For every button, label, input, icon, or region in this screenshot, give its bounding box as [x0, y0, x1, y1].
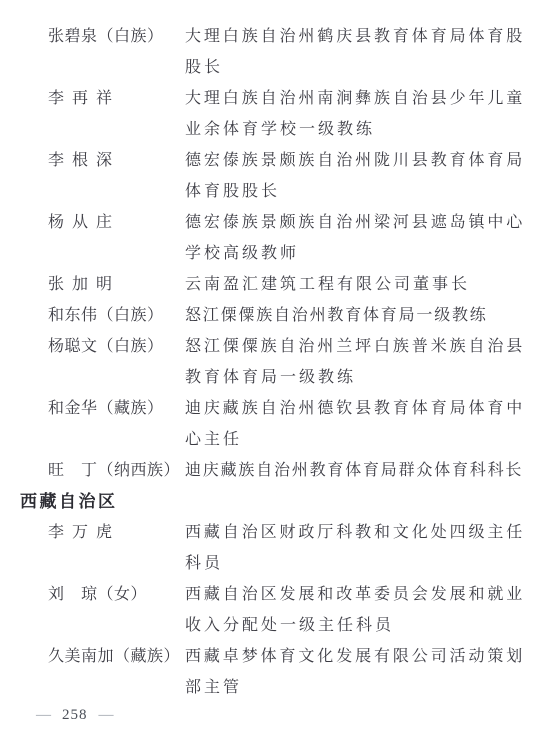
entry-name: 和金华（藏族） [48, 393, 185, 424]
description-line: 教育体育局一级教练 [185, 362, 537, 393]
description-line: 西藏自治区财政厅科教和文化处四级主任 [185, 517, 537, 548]
description-line: 怒江傈僳族自治州兰坪白族普米族自治县 [185, 331, 537, 362]
entry-name: 张碧泉（白族） [48, 21, 185, 52]
entry-description: 云南盈汇建筑工程有限公司董事长 [185, 269, 537, 300]
document-page: 张碧泉（白族） 大理白族自治州鹤庆县教育体育局体育股 股长 李再祥 大理白族自治… [0, 0, 546, 742]
description-line: 股长 [185, 52, 537, 83]
entry-name: 刘 琼（女） [48, 579, 185, 610]
section-header: 西藏自治区 [20, 486, 118, 517]
entry-description: 德宏傣族景颇族自治州陇川县教育体育局 体育股股长 [185, 145, 537, 207]
entry-description: 西藏自治区发展和改革委员会发展和就业 收入分配处一级主任科员 [185, 579, 537, 641]
description-line: 迪庆藏族自治州教育体育局群众体育科科长 [185, 455, 537, 486]
entry-name: 李再祥 [48, 83, 185, 114]
entry-row: 张加明 云南盈汇建筑工程有限公司董事长 [0, 269, 546, 300]
entry-name: 旺 丁（纳西族） [48, 455, 185, 486]
entry-row: 和金华（藏族） 迪庆藏族自治州德钦县教育体育局体育中 心主任 [0, 393, 546, 455]
description-line: 怒江傈僳族自治州教育体育局一级教练 [185, 300, 537, 331]
entry-description: 大理白族自治州鹤庆县教育体育局体育股 股长 [185, 21, 537, 83]
entry-description: 大理白族自治州南涧彝族自治县少年儿童 业余体育学校一级教练 [185, 83, 537, 145]
entry-description: 迪庆藏族自治州德钦县教育体育局体育中 心主任 [185, 393, 537, 455]
entry-row: 李根深 德宏傣族景颇族自治州陇川县教育体育局 体育股股长 [0, 145, 546, 207]
entry-name: 杨从庄 [48, 207, 185, 238]
description-line: 西藏卓梦体育文化发展有限公司活动策划 [185, 641, 537, 672]
description-line: 大理白族自治州南涧彝族自治县少年儿童 [185, 83, 537, 114]
entry-description: 迪庆藏族自治州教育体育局群众体育科科长 [185, 455, 537, 486]
description-line: 云南盈汇建筑工程有限公司董事长 [185, 269, 537, 300]
section-header-row: 西藏自治区 [0, 486, 546, 517]
footer-dash-left: — [36, 707, 51, 723]
entry-name: 杨聪文（白族） [48, 331, 185, 362]
page-number: 258 [62, 707, 88, 723]
entry-name: 李根深 [48, 145, 185, 176]
description-line: 迪庆藏族自治州德钦县教育体育局体育中 [185, 393, 537, 424]
description-line: 德宏傣族景颇族自治州梁河县遮岛镇中心 [185, 207, 537, 238]
entry-name: 张加明 [48, 269, 185, 300]
entry-name: 和东伟（白族） [48, 300, 185, 331]
entry-description: 怒江傈僳族自治州教育体育局一级教练 [185, 300, 537, 331]
entry-name: 李万虎 [48, 517, 185, 548]
description-line: 德宏傣族景颇族自治州陇川县教育体育局 [185, 145, 537, 176]
entry-description: 德宏傣族景颇族自治州梁河县遮岛镇中心 学校高级教师 [185, 207, 537, 269]
description-line: 体育股股长 [185, 176, 537, 207]
entry-row: 李万虎 西藏自治区财政厅科教和文化处四级主任 科员 [0, 517, 546, 579]
award-list: 张碧泉（白族） 大理白族自治州鹤庆县教育体育局体育股 股长 李再祥 大理白族自治… [0, 0, 546, 703]
description-line: 部主管 [185, 672, 537, 703]
description-line: 大理白族自治州鹤庆县教育体育局体育股 [185, 21, 537, 52]
description-line: 科员 [185, 548, 537, 579]
description-line: 收入分配处一级主任科员 [185, 610, 537, 641]
entry-row: 李再祥 大理白族自治州南涧彝族自治县少年儿童 业余体育学校一级教练 [0, 83, 546, 145]
footer-dash-right: — [99, 707, 114, 723]
entry-description: 怒江傈僳族自治州兰坪白族普米族自治县 教育体育局一级教练 [185, 331, 537, 393]
description-line: 心主任 [185, 424, 537, 455]
entry-name: 久美南加（藏族） [48, 641, 185, 672]
entry-row: 张碧泉（白族） 大理白族自治州鹤庆县教育体育局体育股 股长 [0, 21, 546, 83]
entry-row: 杨聪文（白族） 怒江傈僳族自治州兰坪白族普米族自治县 教育体育局一级教练 [0, 331, 546, 393]
entry-row: 旺 丁（纳西族） 迪庆藏族自治州教育体育局群众体育科科长 [0, 455, 546, 486]
entry-row: 刘 琼（女） 西藏自治区发展和改革委员会发展和就业 收入分配处一级主任科员 [0, 579, 546, 641]
entry-row: 杨从庄 德宏傣族景颇族自治州梁河县遮岛镇中心 学校高级教师 [0, 207, 546, 269]
description-line: 业余体育学校一级教练 [185, 114, 537, 145]
page-footer: —258— [36, 704, 114, 726]
entry-description: 西藏自治区财政厅科教和文化处四级主任 科员 [185, 517, 537, 579]
entry-row: 久美南加（藏族） 西藏卓梦体育文化发展有限公司活动策划 部主管 [0, 641, 546, 703]
description-line: 学校高级教师 [185, 238, 537, 269]
entry-row: 和东伟（白族） 怒江傈僳族自治州教育体育局一级教练 [0, 300, 546, 331]
entry-description: 西藏卓梦体育文化发展有限公司活动策划 部主管 [185, 641, 537, 703]
description-line: 西藏自治区发展和改革委员会发展和就业 [185, 579, 537, 610]
